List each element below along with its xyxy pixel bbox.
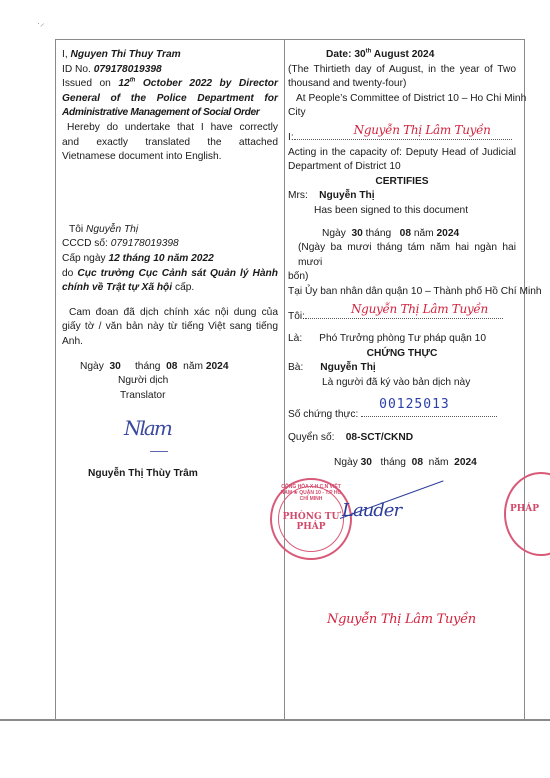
translator-name-line: I, Nguyen Thi Thuy Tram (62, 48, 278, 63)
certification-date: Date: 30th August 2024 (288, 48, 516, 63)
certifier-signature: Lauder (342, 500, 401, 521)
certifier-column: Date: 30th August 2024 (The Thirtieth da… (288, 48, 516, 470)
chung-thuc-heading: CHỨNG THỰC (288, 347, 516, 362)
certification-number: 00125013 (379, 398, 450, 413)
certifies-heading: CERTIFIES (288, 175, 516, 190)
translator-id-number: 079178019398 (94, 64, 162, 75)
signer-name-stamp: Nguyễn Thị Lâm Tuyền (354, 123, 491, 138)
page-bottom-line (0, 719, 550, 721)
book-number: 08-SCT/CKND (346, 432, 413, 443)
bottom-name-stamp: Nguyễn Thị Lâm Tuyền (327, 612, 476, 627)
signature-underline (150, 451, 168, 452)
translator-cccd-line: CCCD số: 079178019398 (62, 237, 278, 252)
translator-vi-name-line: Tôi Nguyễn Thị (62, 223, 278, 238)
translator-full-name: Nguyễn Thị Thùy Trâm (62, 467, 278, 482)
translator-issued-line: Issued on 12th October 2022 by Director (62, 77, 278, 92)
certification-date-vi: Ngày 30 tháng 08 năm 2024 (288, 227, 516, 242)
translator-column: I, Nguyen Thi Thuy Tram ID No. 079178019… (62, 48, 278, 482)
signer-name-stamp-vi: Nguyễn Thị Lâm Tuyền (351, 302, 488, 317)
corner-mark: ·⸝ (37, 16, 45, 29)
final-date: Ngày 30 tháng 08 năm 2024 (288, 456, 516, 471)
column-divider (284, 39, 285, 721)
seal-center-text: PHÒNG TƯ PHÁP (276, 512, 346, 532)
translator-signature: Nlam (124, 421, 171, 436)
translator-id-line: ID No. 079178019398 (62, 63, 278, 78)
translator-date: Ngày 30 tháng 08 năm 2024 (62, 360, 278, 375)
translator-name: Nguyen Thi Thuy Tram (71, 49, 181, 60)
